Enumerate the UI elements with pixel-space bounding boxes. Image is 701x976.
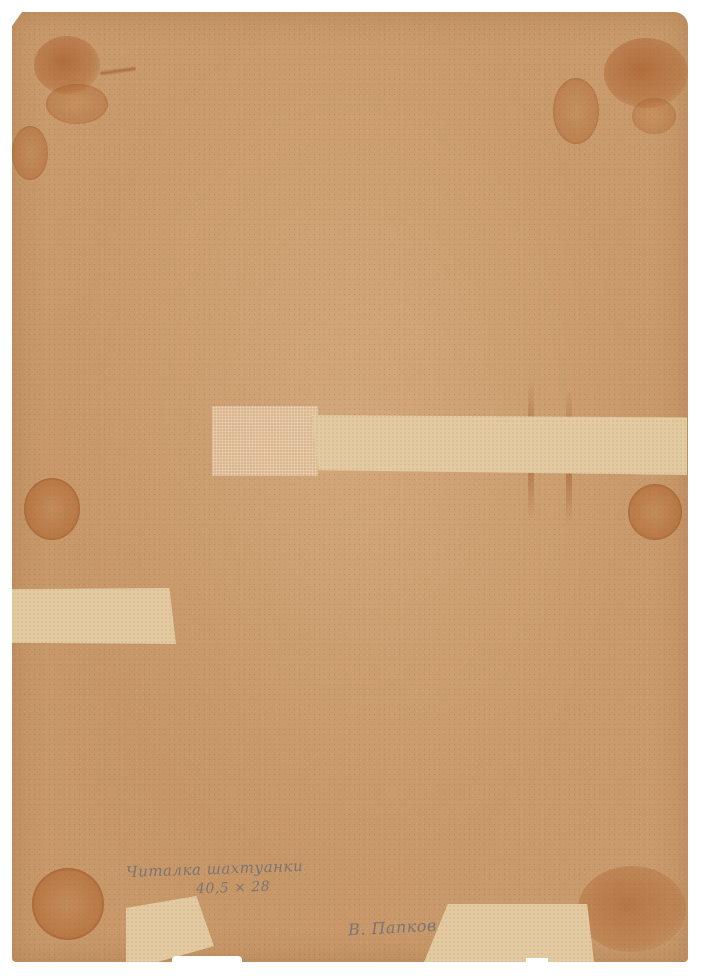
glue-stain-bottom-left <box>32 868 104 940</box>
tape-residue-mid <box>212 406 318 476</box>
paper-tear-bottom-2 <box>526 958 548 964</box>
glue-stain-top-right-faint <box>553 78 599 144</box>
glue-stain-top-right-lower <box>632 98 676 134</box>
inscription-dimensions: 40,5 × 28 <box>196 879 271 898</box>
tape-strip-left <box>12 588 176 644</box>
paper-tear-bottom-1 <box>172 956 242 964</box>
tape-strip-mid-right <box>311 415 687 475</box>
paper-texture <box>12 12 688 962</box>
glue-stain-bottom-right <box>578 866 686 952</box>
tape-piece-bottom-center <box>424 904 594 962</box>
glue-stain-top-right <box>604 38 688 108</box>
glue-stain-mid-left <box>24 478 80 540</box>
glue-stain-left-edge <box>12 126 48 180</box>
glue-stain-top-left-faint <box>46 84 108 124</box>
glue-stain-mid-right <box>628 484 682 540</box>
paper-sheet-back <box>12 12 688 962</box>
